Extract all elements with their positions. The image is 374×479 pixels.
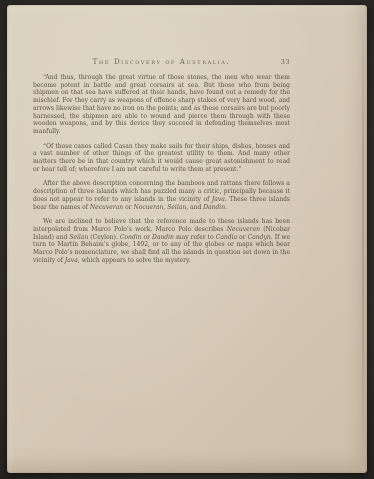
paragraph-quote-stones: “And thus, through the great virtue of t… [33,74,290,136]
page-edge-shadow [362,11,364,468]
paragraph-three-islands: After the above description concerning t… [33,180,290,211]
paragraph-interpolation-theory: We are inclined to believe that the refe… [33,218,290,264]
book-page: The Discovery of Australia. 33 “And thus… [7,5,367,473]
page-header: The Discovery of Australia. 33 [33,58,290,68]
paragraph-quote-canes: “Of those canes called Casan they make s… [33,143,290,174]
page-number: 33 [281,58,290,66]
body-text: “And thus, through the great virtue of t… [33,74,290,271]
scanned-book-photo: The Discovery of Australia. 33 “And thus… [0,0,374,479]
running-head: The Discovery of Australia. [33,58,290,66]
